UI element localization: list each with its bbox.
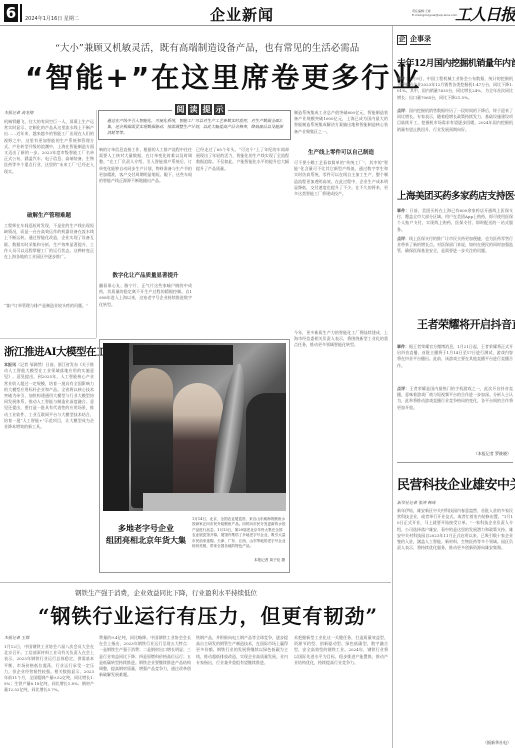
subhead-management: 破解生产管理难题	[4, 211, 94, 219]
steel-byline: 本报记者 王群	[4, 635, 94, 641]
brief-comment-text: 国内挖掘机销售数据经历了一段时间的下降后，终于迎来了同比增长。专家表示，随着稳增…	[397, 108, 513, 132]
brief-comment-honor-of-kings: 点评：王者荣耀是国内最热门的手机游戏之一，此次开启抖音直播，意味着游戏厂商与短视…	[397, 386, 513, 448]
lead-col2-body-2: 翻看保心丸、脂宁片、正气片这些家喻户晓的中成药，其质量的稳定离不开生产过程的精细…	[99, 283, 192, 308]
steel-column-4: 术把握新型工业化这一关键任务，打造质量效益型、资源节约型、创新驱动型、绿色低碳型…	[294, 635, 388, 747]
brief-event-text: 日前，美团买药在上海已有600余家药店开通线上医保支付，覆盖全市大部分区域。用户…	[397, 208, 513, 232]
lead-column-1: 本报记者 裴龙翔 机械臂翻飞、往大的有同空巨一人、屏幕上生产运营实时显示、定制化…	[4, 110, 94, 340]
reading-tips-char: 示	[214, 104, 225, 115]
lead-col4-body-3: 今年，更多新质生产力的智能化工厂将陆续建成，上海市经信委相关负责人表示，将围绕新…	[294, 330, 388, 570]
lead-col3-body: 已经走过了65个年头。“可这个”上了年纪的车间却展现出了年轻的活力，智能化的生产…	[196, 147, 289, 335]
reading-tips-char: 阅	[175, 104, 186, 115]
brief-event-tag: 事件：	[397, 76, 409, 81]
sidebar-briefs: 企 企事录 去年12月国内挖掘机销量年内首度同比增长 事件：1月9日，中国工程机…	[392, 26, 515, 748]
lead-body-1: 机械臂翻飞、往大的有同空巨一人、屏幕上生产运营实时显示、定制化的产品从这里流水线…	[4, 119, 94, 207]
enterprise-tag-icon: 企	[397, 35, 407, 45]
photo-counter	[143, 493, 286, 511]
lead-col4-body-2: 可不要小瞧工艺看似简单的“传统工厂”，其中的“智能”化含量可不比其它新型产线低，…	[294, 160, 388, 330]
sidebar-tag-label: 企事录	[410, 34, 431, 45]
photo-caption-line2: 组团亮相北京年货大集	[106, 535, 186, 547]
brief-headline-xiongan: 民营科技企业雄安中关村落户记	[397, 474, 515, 493]
news-photo	[103, 343, 286, 511]
lead-column-4: 制造系统集成工业总产值突破600亿元，智能制造装备产业规模突破1000亿元，上海…	[294, 110, 388, 580]
brief-comment-text: 王者荣耀是国内最热门的手机游戏之一，此次开启抖音直播，意味着游戏厂商与短视频平台…	[397, 386, 513, 410]
reading-tips-title: 阅 读 提 示	[172, 104, 228, 115]
steel-headline: “钢铁行业运行有压力，但更有韧劲”	[38, 600, 378, 629]
brief-body-meituan: 事件：日前，美团买药在上海已有600余家药店开通线上医保支付，覆盖全市大部分区域…	[397, 208, 513, 234]
zhejiang-headline: 浙江推进AI大模型在工业领域落地应用	[4, 344, 96, 359]
lead-byline: 本报记者 裴龙翔	[4, 110, 94, 116]
steel-col3-body: 铁钢产品，并积极向电工钢产品等全球竞争，逐步提高自主研发的钢管生产制造技术，在国…	[196, 635, 288, 747]
section-title: 企业新闻	[210, 4, 274, 25]
brief-event-text: 据王者荣耀官方微博消息，1月21日起，王者荣耀将正式开启抖音直播，首批主播将于1…	[397, 344, 513, 368]
subhead-parts-manufacturing: 生产线上零件可以自己制造	[294, 148, 388, 156]
lead-col2-body: 响的订单信息直接工作，根据的人工排产流程中往往需要人工核对大量数据，在订单变化时…	[99, 147, 192, 267]
reading-tips-char: 读	[188, 104, 199, 115]
newspaper-logo: 工人日报	[455, 2, 515, 25]
zhejiang-body: 本报讯（记者 邹倜然）日前，浙江省发布《关于推动人工智能大模型在工业领域落地应用…	[4, 362, 94, 580]
editor-info: 责任编辑:王彬 E-mail:grbqyxw@vip.sina.com	[412, 9, 457, 17]
lead-body-2: 工程师在车间巡检时发现，不是往的生产线出现短缺情况，而是一台台高效运作的机器设备…	[4, 223, 94, 303]
photo-caption-title: 多地老字号企业 组团亮相北京年货大集	[106, 523, 186, 547]
page-number: 6	[4, 4, 18, 22]
lead-body-3: “客户订单管理与排产是制造业较头疼的问题。”	[4, 303, 94, 309]
steel-story: 钢铁生产强于消费，企业效益同比下降，行业盈利水平持续低位 “钢铁行业运行有压力，…	[0, 582, 391, 748]
sidebar-divider	[397, 462, 513, 463]
brief-comment-tag: 点评：	[397, 386, 409, 391]
reading-tips-box: 阅 读 提 示 通过在产线中引入智能化，可视化系统，智能工厂可以对生产工艺参数实…	[98, 110, 291, 140]
photo-caption-body: 1月14日，北京、全国农业展览馆，来自山东威海的鲅鱼水饺商家正向市民介绍鲅鱼产品…	[192, 517, 286, 549]
brief-headline-excavator: 去年12月国内挖掘机销量年内首度同比增长	[397, 56, 515, 69]
photo-vendor-man	[131, 368, 173, 508]
sidebar-tag: 企 企事录	[397, 34, 431, 45]
steel-col4-body: 术把握新型工业化这一关键任务，打造质量效益型、资源节约型、创新驱动型、绿色低碳型…	[294, 635, 388, 747]
page-number-bar	[20, 4, 22, 22]
brief-comment-tag: 点评：	[397, 108, 409, 113]
steel-kicker: 钢铁生产强于消费，企业效益同比下降，行业盈利水平持续低位	[75, 588, 257, 597]
brief-source-note: （据新华社电）	[483, 740, 511, 746]
zhejiang-body-text: （记者 邹倜然）日前，浙江省发布《关于推动人工智能大模型在工业领域落地应用的实施…	[4, 362, 94, 429]
photo-shadow-left	[103, 343, 129, 511]
subhead-digital-quality: 数字化让产品质量显著提升	[99, 271, 192, 279]
lead-column-3: 已经走过了65个年头。“可这个”上了年纪的车间却展现出了年轻的活力，智能化的生产…	[196, 147, 289, 335]
brief-reporter-note: （本报记者 罗筱晓）	[474, 451, 511, 457]
brief-body-honor-of-kings: 事件：据王者荣耀官方微博消息，1月21日起，王者荣耀将正式开启抖音直播，首批主播…	[397, 344, 513, 384]
lead-column-2: 响的订单信息直接工作，根据的人工排产流程中往往需要人工核对大量数据，在订单变化时…	[99, 147, 192, 335]
photo-credit: 本报记者 周子仪 摄	[254, 558, 285, 563]
reading-tips-text: 通过在产线中引入智能化，可视化系统，智能工厂可以对生产工艺参数实时监控，对生产数…	[107, 118, 284, 136]
brief-event-text: 1月9日，中国工程机械工业协会公布数据，统计的挖掘机主要制造企业2023年12月…	[397, 76, 513, 100]
brief-comment-meituan: 点评：线上医保支付的推广让市民买药更加便捷，也为医药零售行业带来了新的增长点。对…	[397, 236, 513, 296]
steel-column-3: 铁钢产品，并积极向电工钢产品等全球竞争，逐步提高自主研发的钢管生产制造技术，在国…	[196, 635, 288, 747]
steel-column-2: 费量约9.4亿吨，同比略降。中国钢铁工业协会会长在会上指出，2023年钢铁行业运…	[99, 635, 191, 747]
brief-comment-excavator: 点评：国内挖掘机销售数据经历了一段时间的下降后，终于迎来了同比增长。专家表示，随…	[397, 108, 513, 168]
photo-banner-sign	[133, 345, 233, 365]
brief-comment-tag: 点评：	[397, 236, 409, 241]
brief-body-xiongan: 新年伊始，雄安新区中关村科技园内春意盎然，首批入驻的多家民营科技企业，或者举行开…	[397, 508, 513, 740]
editor-email: E-mail:grbqyxw@vip.sina.com	[412, 13, 457, 17]
section-rule	[0, 338, 96, 339]
brief-body-excavator: 事件：1月9日，中国工程机械工业协会公布数据，统计的挖掘机主要制造企业2023年…	[397, 76, 513, 106]
zhejiang-body-column: 本报讯（记者 邹倜然）日前，浙江省发布《关于推动人工智能大模型在工业领域落地应用…	[4, 362, 94, 580]
reading-tips-char: 提	[201, 104, 212, 115]
steel-col2-body: 费量约9.4亿吨，同比略降。中国钢铁工业协会会长在会上指出，2023年钢铁行业运…	[99, 635, 191, 747]
photo-caption-line1: 多地老字号企业	[106, 523, 186, 535]
lead-headline: “智能+”在这里席卷更多行业	[25, 56, 421, 96]
brief-headline-meituan: 上海美团买药多家药店支持医保支付	[397, 188, 515, 202]
issue-date: 2024年1月16日 星期二	[25, 15, 79, 22]
steel-column-1: 本报记者 王群 1月12日，中国钢铁工业协会六届八次会员大会在北京召开。工信部原…	[4, 635, 94, 747]
lead-col4-body: 制造系统集成工业总产值突破600亿元，智能制造装备产业规模突破1000亿元，上海…	[294, 110, 388, 144]
zhejiang-lead-tag: 本报讯	[4, 362, 16, 367]
brief-event-tag: 事件：	[397, 208, 410, 213]
brief-headline-honor-of-kings: 王者荣耀将开启抖音直播	[417, 316, 515, 332]
brief-event-tag: 事件：	[397, 344, 409, 349]
column-rule	[96, 110, 97, 338]
lead-kicker: “大小”兼顾又机敏灵活，既有高端制造设备产品，也有常见的生活必需品	[55, 40, 359, 54]
steel-col1-body: 1月12日，中国钢铁工业协会六届八次会员大会在北京召开。工信部原材料工业司有关负…	[4, 644, 94, 744]
masthead: 6 2024年1月16日 星期二 企业新闻 责任编辑:王彬 E-mail:grb…	[0, 0, 515, 26]
brief-byline-xiongan: 新华社记者 张涛 韩琦	[397, 500, 513, 506]
brief-comment-text: 线上医保支付的推广让市民买药更加便捷，也为医药零售行业带来了新的增长点。对医保部…	[397, 236, 513, 253]
photo-feature: 多地老字号企业 组团亮相北京年货大集 1月14日，北京、全国农业展览馆，来自山东…	[99, 339, 290, 573]
